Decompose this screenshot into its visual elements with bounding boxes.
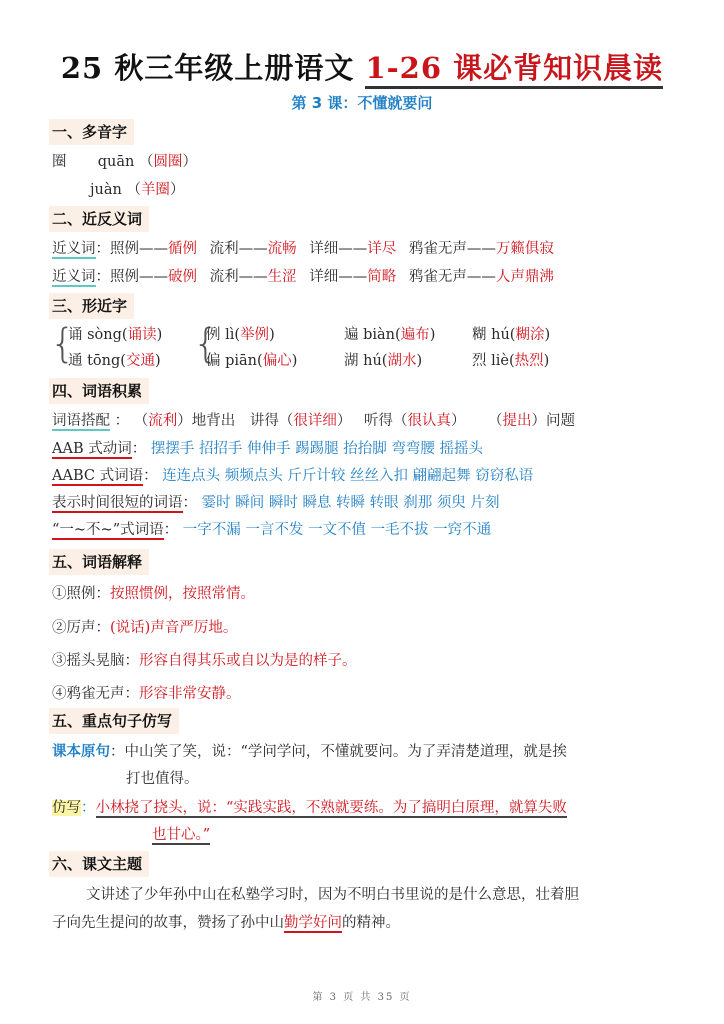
example-word: 偏心: [263, 353, 292, 369]
pair-word: 循例: [168, 241, 197, 257]
theme-text-line1: 文讲述了少年孙中山在私塾学习时，因为不明白书里说的是什么意思，壮着胆: [86, 884, 579, 906]
paren: （: [393, 413, 408, 429]
pair-word: 生涩: [268, 269, 297, 285]
word: 流利: [210, 241, 239, 257]
example-word: 糊涂: [515, 327, 544, 343]
word: 流利: [210, 269, 239, 285]
paren: ): [544, 353, 550, 369]
paren: ): [157, 327, 163, 343]
imitation-sentence: 仿写：小林挠了挠头，说：“实践实践，不熟就要练。为了搞明白原理，就算失败: [52, 797, 567, 819]
word: 照例: [110, 269, 139, 285]
section-heading-synonyms: 二、近反义词: [49, 206, 149, 232]
term: 摇头晃脑: [67, 653, 125, 669]
paren: （: [279, 413, 294, 429]
colon: ：: [143, 468, 158, 484]
paren: ): [544, 327, 550, 343]
example-word: 羊圈: [141, 182, 170, 198]
pinyin: piān: [225, 353, 257, 369]
imitation-sentence-cont: 也甘心。”: [152, 824, 210, 846]
document-page: 25 秋三年级上册语文 1-26 课必背知识晨读 第 3 课：不懂就要问 一、多…: [0, 0, 724, 1024]
example-word: 诵读: [128, 327, 157, 343]
section-heading-vocabulary: 四、词语积累: [49, 378, 149, 404]
original-sentence-cont: 打也值得。: [126, 768, 199, 790]
paren: （: [126, 182, 141, 198]
original-sentence: 课本原句：中山笑了笑，说：“学问学问，不懂就要问。为了弄清楚道理，就是挨: [52, 741, 567, 763]
char: 例: [206, 327, 221, 343]
answer-word: 提出: [503, 413, 532, 429]
word: 斤斤计较: [287, 468, 345, 484]
word: 鸦雀无声: [409, 241, 467, 257]
lesson-subtitle: 第 3 课：不懂就要问: [0, 92, 724, 113]
definition-item: ②厉声：(说话)声音严厉地。: [52, 617, 237, 639]
word: 一言不发: [245, 522, 303, 538]
polyphone-row-1: 圈 quān （圆圈）: [52, 151, 197, 173]
word: 瞬间: [235, 495, 264, 511]
paren: ）: [182, 154, 197, 170]
term: 照例: [67, 586, 96, 602]
paren: ）: [337, 413, 352, 429]
word: 翩翩起舞: [413, 468, 471, 484]
word-list-aab: AAB 式动词： 摆摆手 招招手 伸伸手 踢踢腿 抬抬脚 弯弯腰 摇摇头: [52, 438, 483, 460]
pinyin: sòng: [87, 327, 122, 343]
colon: ：: [110, 744, 125, 760]
colon: ：: [125, 686, 140, 702]
pair-word: 简略: [367, 269, 396, 285]
text: 问题: [546, 413, 575, 429]
answer-word: 很详细: [293, 413, 337, 429]
char: 烈: [472, 353, 487, 369]
colon: ：: [96, 620, 111, 636]
char: 通: [68, 353, 83, 369]
row-label: 课本原句: [52, 744, 110, 760]
sentence-text: 也甘心。”: [152, 827, 210, 845]
similar-char-item: 偏 piān(偏心): [206, 350, 297, 372]
word: 转瞬: [336, 495, 365, 511]
text: 听得: [364, 413, 393, 429]
pinyin: tōng: [87, 353, 120, 369]
definition: 声音严厉地。: [150, 620, 237, 636]
definition-prefix: (说话): [110, 620, 150, 636]
similar-char-item: 例 lì(举例): [206, 324, 275, 346]
synonym-row-1: 近义词：照例——循例 流利——流畅 详细——详尽 鸦雀无声——万籁俱寂: [52, 238, 554, 260]
word: 一字不漏: [183, 522, 241, 538]
paren: （: [139, 154, 154, 170]
colon: ：: [164, 522, 179, 538]
definition: 形容自得其乐或自以为是的样子。: [139, 653, 357, 669]
paren: ）: [451, 413, 466, 429]
example-word: 交通: [126, 353, 155, 369]
paren: ): [416, 353, 422, 369]
text: 地背出: [192, 413, 236, 429]
section-heading-similar-chars: 三、形近字: [49, 293, 134, 319]
colon: ：: [125, 653, 140, 669]
number: ③: [52, 653, 67, 669]
word: 招招手: [199, 441, 243, 457]
pinyin: juàn: [90, 182, 122, 198]
section-heading-sentence-imitation: 五、重点句子仿写: [49, 708, 179, 734]
title-red: 1-26 课必背知识晨读: [365, 51, 663, 89]
colon: ：: [183, 495, 198, 511]
char: 偏: [206, 353, 221, 369]
pinyin: quān: [98, 154, 135, 170]
pair-word: 万籁俱寂: [496, 241, 554, 257]
word: 摇摇头: [439, 441, 483, 457]
char: 遍: [344, 327, 359, 343]
pair-word: 流畅: [268, 241, 297, 257]
colon: ：: [115, 413, 130, 429]
number: ④: [52, 686, 67, 702]
answer-word: 流利: [148, 413, 177, 429]
paren: ): [269, 327, 275, 343]
definition-item: ④鸦雀无声：形容非常安静。: [52, 683, 241, 705]
example-word: 圆圈: [153, 154, 182, 170]
row-label: 近义词: [52, 241, 96, 259]
colon: ：: [96, 241, 111, 257]
definition: 形容非常安静。: [139, 686, 241, 702]
paren: ）: [532, 413, 547, 429]
word-list-aabc: AABC 式词语： 连连点头 频频点头 斤斤计较 丝丝入扣 翩翩起舞 窃窃私语: [52, 465, 533, 487]
word: 瞬时: [269, 495, 298, 511]
term: 鸦雀无声: [67, 686, 125, 702]
word: 鸦雀无声: [409, 269, 467, 285]
example-word: 热烈: [515, 353, 544, 369]
similar-char-item: 烈 liè(热烈): [472, 350, 549, 372]
word: 连连点头: [162, 468, 220, 484]
word: 须臾: [437, 495, 466, 511]
colon: ：: [81, 800, 96, 816]
similar-char-item: 糊 hú(糊涂): [472, 324, 550, 346]
word: 霎时: [202, 495, 231, 511]
word: 频频点头: [225, 468, 283, 484]
pair-word: 详尽: [367, 241, 396, 257]
number: ①: [52, 586, 67, 602]
similar-char-item: 通 tōng(交通): [68, 350, 161, 372]
row-label: AABC 式词语: [52, 468, 143, 486]
colon: ：: [96, 586, 111, 602]
polyphone-row-2: juàn （羊圈）: [90, 179, 184, 201]
word: 一文不值: [308, 522, 366, 538]
pinyin: hú: [491, 327, 510, 343]
dash: ——: [239, 269, 268, 285]
word: 详细: [309, 269, 338, 285]
sentence-text: 小林挠了挠头，说：“实践实践，不熟就要练。为了搞明白原理，就算失败: [96, 800, 567, 818]
pair-word: 人声鼎沸: [496, 269, 554, 285]
polyphone-char: 圈: [52, 154, 67, 170]
dash: ——: [139, 269, 168, 285]
word: 窃窃私语: [475, 468, 533, 484]
char: 湖: [344, 353, 359, 369]
word-list-yi-bu: “一~不~”式词语： 一字不漏 一言不发 一文不值 一毛不拔 一窍不通: [52, 519, 491, 541]
example-word: 举例: [240, 327, 269, 343]
pinyin: biàn: [363, 327, 395, 343]
word: 一窍不通: [433, 522, 491, 538]
word-list-short-time: 表示时间很短的词语： 霎时 瞬间 瞬时 瞬息 转瞬 转眼 刹那 须臾 片刻: [52, 492, 499, 514]
section-heading-polyphone: 一、多音字: [49, 119, 134, 145]
row-label: “一~不~”式词语: [52, 522, 164, 540]
paren: ): [292, 353, 298, 369]
pair-word: 破例: [168, 269, 197, 285]
text: 讲得: [250, 413, 279, 429]
word: 踢踢腿: [295, 441, 339, 457]
colon: ：: [96, 269, 111, 285]
pinyin: hú: [363, 353, 382, 369]
colon: ：: [132, 441, 147, 457]
row-label: 仿写: [52, 800, 81, 816]
paren: ）: [170, 182, 185, 198]
word: 详细: [309, 241, 338, 257]
example-word: 遍布: [401, 327, 430, 343]
term: 厉声: [67, 620, 96, 636]
title-black: 25 秋三年级上册语文: [61, 51, 354, 85]
number: ②: [52, 620, 67, 636]
example-word: 湖水: [387, 353, 416, 369]
dash: ——: [139, 241, 168, 257]
text: 子向先生提问的故事，赞扬了孙中山: [52, 915, 284, 931]
similar-char-item: 湖 hú(湖水): [344, 350, 422, 372]
word: 片刻: [470, 495, 499, 511]
word: 转眼: [370, 495, 399, 511]
dash: ——: [467, 241, 496, 257]
similar-char-item: 遍 biàn(遍布): [344, 324, 435, 346]
definition: 按照惯例，按照常情。: [110, 586, 255, 602]
synonym-row-2: 近义词：照例——破例 流利——生涩 详细——简略 鸦雀无声——人声鼎沸: [52, 266, 554, 288]
word: 丝丝入扣: [350, 468, 408, 484]
char: 诵: [68, 327, 83, 343]
char: 糊: [472, 327, 487, 343]
section-heading-theme: 六、课文主题: [49, 851, 149, 877]
paren: （: [488, 413, 503, 429]
word: 刹那: [403, 495, 432, 511]
sentence-text: 中山笑了笑，说：“学问学问，不懂就要问。为了弄清楚道理，就是挨: [125, 744, 567, 760]
word: 弯弯腰: [391, 441, 435, 457]
row-label: 词语搭配: [52, 413, 110, 431]
collocation-row: 词语搭配 ： （流利）地背出 讲得（很详细） 听得（很认真） （提出）问题: [52, 410, 575, 432]
word: 照例: [110, 241, 139, 257]
answer-word: 很认真: [407, 413, 451, 429]
section-heading-definitions: 五、词语解释: [49, 549, 149, 575]
row-label: 表示时间很短的词语: [52, 495, 183, 513]
similar-char-item: 诵 sòng(诵读): [68, 324, 162, 346]
dash: ——: [338, 241, 367, 257]
dash: ——: [338, 269, 367, 285]
dash: ——: [467, 269, 496, 285]
row-label: 近义词: [52, 269, 96, 287]
dash: ——: [239, 241, 268, 257]
word: 一毛不拔: [371, 522, 429, 538]
text: 的精神。: [342, 915, 400, 931]
word: 摆摆手: [151, 441, 195, 457]
definition-item: ①照例：按照惯例，按照常情。: [52, 583, 255, 605]
page-number: 第 3 页 共 35 页: [0, 988, 724, 1003]
definition-item: ③摇头晃脑：形容自得其乐或自以为是的样子。: [52, 650, 357, 672]
pinyin: liè: [491, 353, 509, 369]
word: 瞬息: [302, 495, 331, 511]
theme-text-line2: 子向先生提问的故事，赞扬了孙中山勤学好问的精神。: [52, 912, 400, 934]
word: 抬抬脚: [343, 441, 387, 457]
paren: ）: [177, 413, 192, 429]
pinyin: lì: [225, 327, 234, 343]
paren: ): [430, 327, 436, 343]
paren: （: [134, 413, 149, 429]
paren: ): [155, 353, 161, 369]
page-title: 25 秋三年级上册语文 1-26 课必背知识晨读: [0, 46, 724, 87]
key-phrase: 勤学好问: [284, 915, 342, 933]
row-label: AAB 式动词: [52, 441, 132, 459]
word: 伸伸手: [247, 441, 291, 457]
